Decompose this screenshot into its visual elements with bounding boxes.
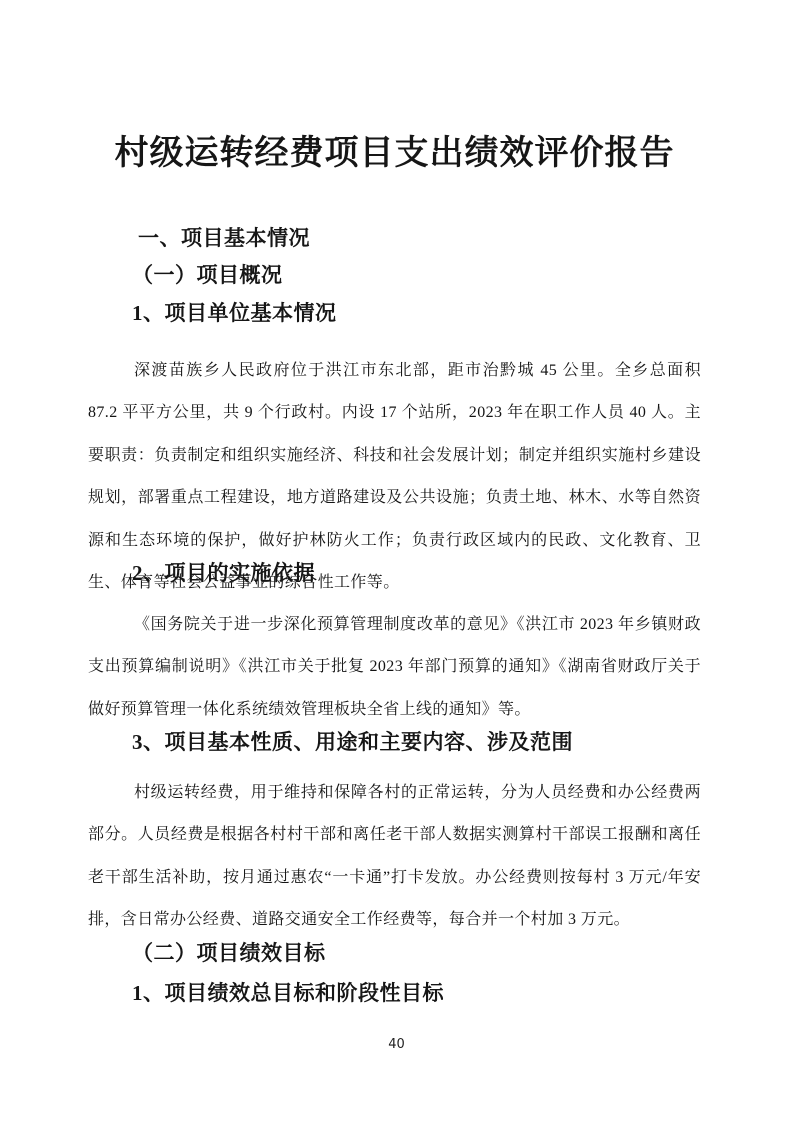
- doc-title: 村级运转经费项目支出绩效评价报告: [88, 130, 701, 176]
- heading-item-implementation-basis: 2、项目的实施依据: [88, 559, 745, 588]
- heading-item-unit-overview: 1、项目单位基本情况: [88, 299, 745, 328]
- document-page: 村级运转经费项目支出绩效评价报告 一、项目基本情况 （一）项目概况 1、项目单位…: [0, 0, 793, 1122]
- heading-section-1: 一、项目基本情况: [88, 224, 751, 253]
- paragraph-nature-scope: 村级运转经费，用于维持和保障各村的正常运转，分为人员经费和办公经费两部分。人员经…: [88, 772, 701, 942]
- heading-item-performance-goals: 1、项目绩效总目标和阶段性目标: [88, 979, 745, 1008]
- heading-subsection-1-1: （一）项目概况: [88, 261, 745, 290]
- heading-item-nature-scope: 3、项目基本性质、用途和主要内容、涉及范围: [88, 728, 745, 757]
- heading-subsection-1-2: （二）项目绩效目标: [88, 939, 745, 968]
- paragraph-implementation-basis: 《国务院关于进一步深化预算管理制度改革的意见》《洪江市 2023 年乡镇财政支出…: [88, 604, 701, 731]
- page-number: 40: [0, 1036, 793, 1054]
